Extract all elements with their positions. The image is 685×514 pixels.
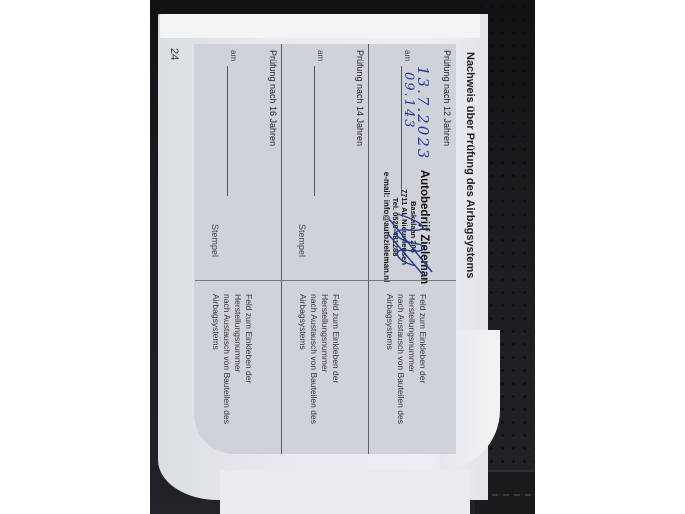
inspection-row-16-years: Prüfung nach 16 Jahren am Stempel Feld z… [195,44,282,454]
row-heading: Prüfung nach 12 Jahren [442,50,452,146]
row-divider [369,280,456,281]
sticker-field-line2: nach Austausch von Bauteilen des Airbags… [297,294,319,452]
stempel-label: Stempel [210,224,220,257]
form-title: Nachweis über Prüfung des Airbagsystems [464,52,476,278]
handwritten-date: 13.7.2023 [414,66,432,160]
sticker-field-line2: nach Austausch von Bauteilen des Airbags… [384,294,406,452]
date-line [227,66,228,196]
page-number: 24 [168,48,180,60]
inspection-row-12-years: Prüfung nach 12 Jahren 13.7.2023 am 09.1… [368,44,456,454]
booklet-page-edge [160,14,480,38]
sticker-field-line1: Feld zum Einkleben der Herstellungsnumme… [319,294,341,452]
date-line [314,66,315,196]
sticker-field-line1: Feld zum Einkleben der Herstellungsnumme… [232,294,254,452]
am-label: am [229,50,238,61]
signature-icon [384,210,438,280]
row-divider [282,280,369,281]
stempel-label: Stempel [297,224,307,257]
am-label: am [403,50,412,61]
row-divider [195,280,282,281]
sticker-field-line2: nach Austausch von Bauteilen des Airbags… [210,294,232,452]
sticker-field-text: Feld zum Einkleben der Herstellungsnumme… [384,294,428,452]
sticker-field-text: Feld zum Einkleben der Herstellungsnumme… [297,294,341,452]
am-label: am [316,50,325,61]
inspection-row-14-years: Prüfung nach 14 Jahren am Stempel Feld z… [281,44,369,454]
row-heading: Prüfung nach 16 Jahren [268,50,278,146]
document-photo: Nachweis über Prüfung des Airbagsystems … [150,0,535,514]
row-heading: Prüfung nach 14 Jahren [355,50,365,146]
airbag-inspection-form: Nachweis über Prüfung des Airbagsystems … [166,38,482,478]
handwritten-code: 09.143 [401,72,416,130]
sticker-field-line1: Feld zum Einkleben der Herstellungsnumme… [406,294,428,452]
sticker-field-text: Feld zum Einkleben der Herstellungsnumme… [210,294,254,452]
inspection-table: Prüfung nach 12 Jahren 13.7.2023 am 09.1… [194,44,456,454]
